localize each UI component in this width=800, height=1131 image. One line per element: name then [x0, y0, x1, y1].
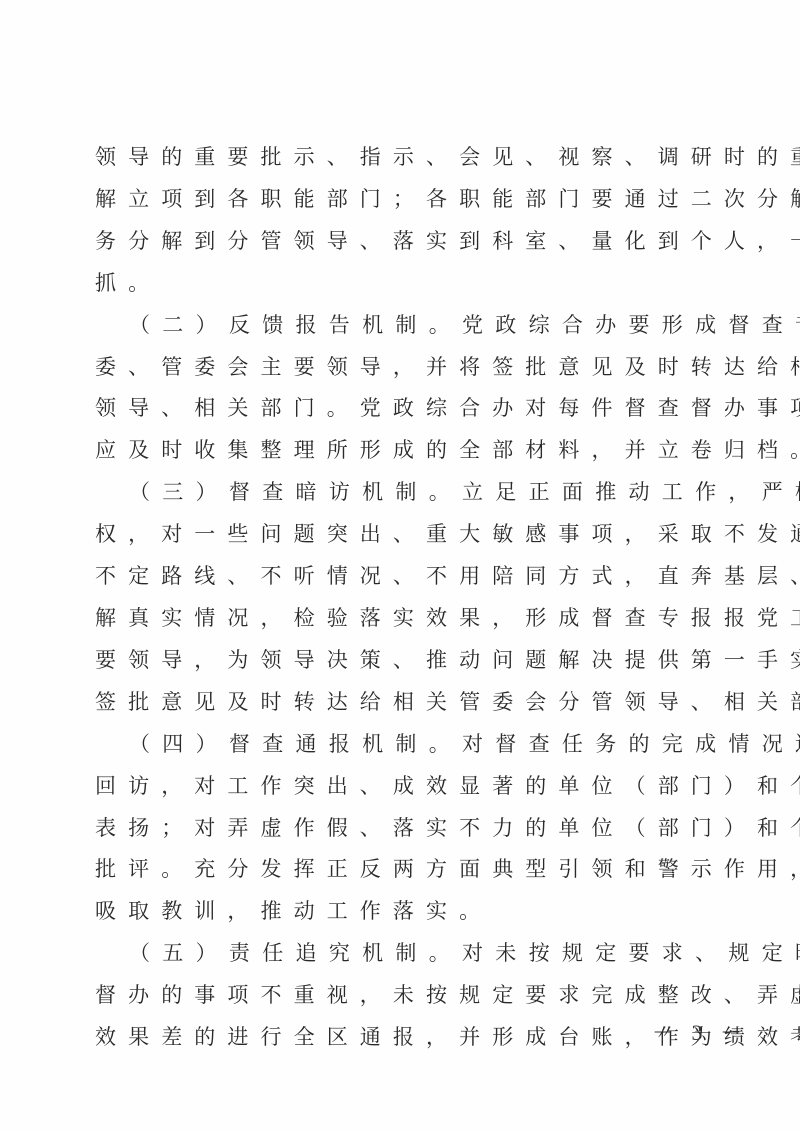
text-line: 不定路线、不听情况、不用陪同方式，直奔基层、直落现场，了 [95, 556, 707, 598]
document-body: 领导的重要批示、指示、会见、视察、调研时的重要讲话精神分 解立项到各职能部门；各… [95, 137, 707, 1059]
text-line: 要领导，为领导决策、推动问题解决提供第一手实情材料，并将 [95, 640, 707, 682]
paragraph-feedback-mechanism: （二）反馈报告机制。党政综合办要形成督查专报，报党工 委、管委会主要领导，并将签… [95, 305, 707, 473]
text-line: 领导、相关部门。党政综合办对每件督查督办事项办理完毕后， [95, 388, 707, 430]
text-line: 效果差的进行全区通报，并形成台账，作为绩效考核和部门领导 [95, 1017, 707, 1059]
text-line: （五）责任追究机制。对未按规定要求、规定时限报送及对 [95, 933, 707, 975]
text-line: （三）督查暗访机制。立足正面推动工作，严格按照领导授 [95, 472, 707, 514]
text-line: 权，对一些问题突出、重大敏感事项，采取不发通知、不打招呼、 [95, 514, 707, 556]
text-line: 抓。 [95, 263, 707, 305]
paragraph-unannounced-inspection: （三）督查暗访机制。立足正面推动工作，严格按照领导授 权，对一些问题突出、重大敏… [95, 472, 707, 723]
text-line: 务分解到分管领导、落实到科室、量化到个人，一环扣一环的去 [95, 221, 707, 263]
paragraph-circular-mechanism: （四）督查通报机制。对督查任务的完成情况进行认真复核 回访，对工作突出、成效显著… [95, 724, 707, 934]
text-line: 领导的重要批示、指示、会见、视察、调研时的重要讲话精神分 [95, 137, 707, 179]
text-line: 委、管委会主要领导，并将签批意见及时转达给相关管委会分管 [95, 347, 707, 389]
text-line: 督办的事项不重视，未按规定要求完成整改、弄虚作假、抓落实 [95, 975, 707, 1017]
text-line: 应及时收集整理所形成的全部材料，并立卷归档。 [95, 430, 707, 472]
text-line: 签批意见及时转达给相关管委会分管领导、相关部门。 [95, 682, 707, 724]
text-line: 吸取教训，推动工作落实。 [95, 891, 707, 933]
text-line: 批评。充分发挥正反两方面典型引领和警示作用，不断总结经验， [95, 849, 707, 891]
text-line: 回访，对工作突出、成效显著的单位（部门）和个人，予以通报 [95, 766, 707, 808]
paragraph-accountability-mechanism: （五）责任追究机制。对未按规定要求、规定时限报送及对 督办的事项不重视，未按规定… [95, 933, 707, 1059]
document-page: 领导的重要批示、指示、会见、视察、调研时的重要讲话精神分 解立项到各职能部门；各… [0, 0, 800, 1131]
page-number: － 3 － [652, 1016, 748, 1047]
text-line: 解真实情况，检验落实效果，形成督查专报报党工委、管委会主 [95, 598, 707, 640]
text-line: （四）督查通报机制。对督查任务的完成情况进行认真复核 [95, 724, 707, 766]
text-line: （二）反馈报告机制。党政综合办要形成督查专报，报党工 [95, 305, 707, 347]
text-line: 表扬；对弄虚作假、落实不力的单位（部门）和个人，予以通报 [95, 808, 707, 850]
paragraph-continuation: 领导的重要批示、指示、会见、视察、调研时的重要讲话精神分 解立项到各职能部门；各… [95, 137, 707, 305]
text-line: 解立项到各职能部门；各职能部门要通过二次分解，将每一项任 [95, 179, 707, 221]
